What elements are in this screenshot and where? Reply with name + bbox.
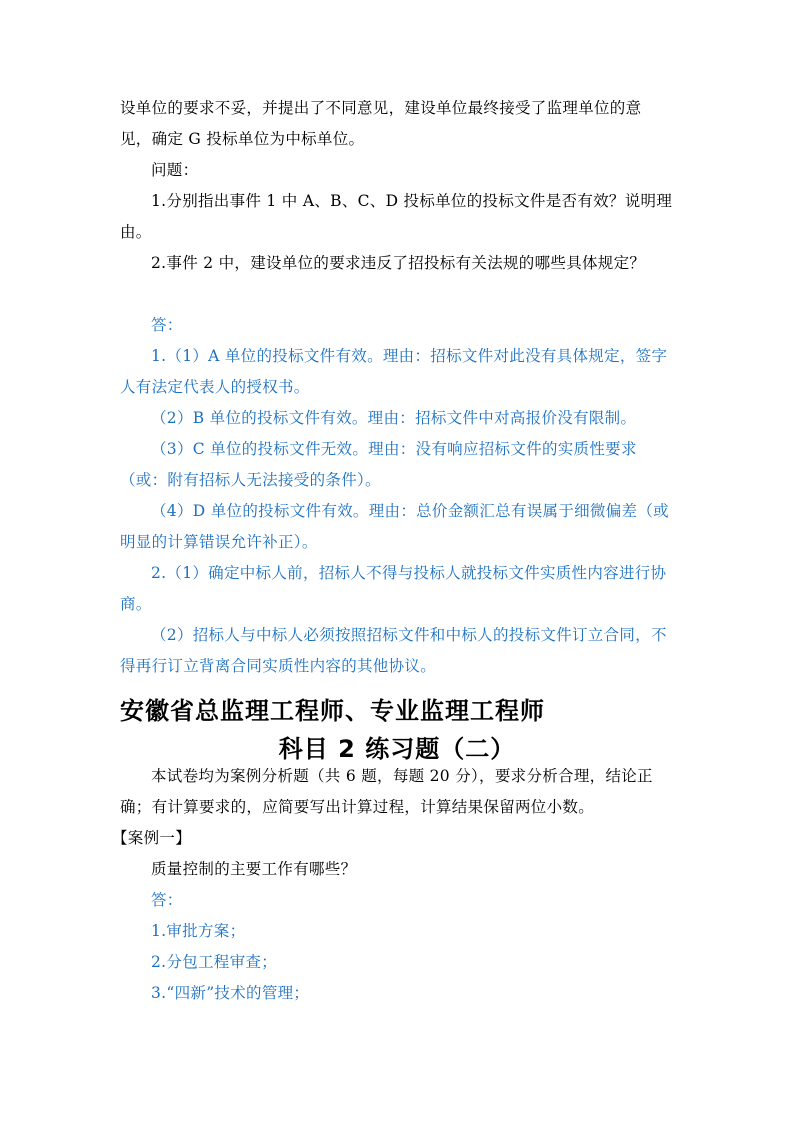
answer-1-1: 1.（1）A 单位的投标文件有效。理由：招标文件对此没有具体规定，签字: [151, 346, 667, 366]
answer-2-2-cont: 得再行订立背离合同实质性内容的其他协议。: [120, 656, 436, 676]
case-answer-item: 1.审批方案；: [151, 921, 245, 941]
case-answer-item: 2.分包工程审查；: [151, 952, 277, 972]
question-1-cont: 由。: [120, 222, 152, 242]
question-2: 2.事件 2 中，建设单位的要求违反了招投标有关法规的哪些具体规定？: [151, 253, 645, 273]
answer-1-1-cont: 人有法定代表人的授权书。: [120, 377, 310, 397]
answer-1-3: （3）C 单位的投标文件无效。理由：没有响应招标文件的实质性要求: [151, 439, 637, 459]
intro-line: 确；有计算要求的，应简要写出计算过程，计算结果保留两位小数。: [120, 797, 594, 817]
paragraph-line: 见，确定 G 投标单位为中标单位。: [120, 129, 364, 149]
answer-label: 答：: [151, 315, 183, 335]
questions-label: 问题：: [151, 160, 198, 180]
document-page: 设单位的要求不妥，并提出了不同意见，建设单位最终接受了监理单位的意 见，确定 G…: [0, 0, 794, 1123]
answer-1-4-cont: 明显的计算错误允许补正）。: [120, 532, 318, 552]
intro-line: 本试卷均为案例分析题（共 6 题，每题 20 分），要求分析合理，结论正: [151, 766, 653, 786]
case-answer-item: 3.“四新”技术的管理；: [151, 983, 309, 1003]
title-line-2: 科目 2 练习题（二）: [0, 734, 794, 764]
answer-2-1-cont: 商。: [120, 594, 152, 614]
question-1: 1.分别指出事件 1 中 A、B、C、D 投标单位的投标文件是否有效？说明理: [151, 191, 672, 211]
case-heading: 【案例一】: [112, 828, 191, 848]
case-question: 质量控制的主要工作有哪些？: [151, 859, 356, 879]
answer-1-2: （2）B 单位的投标文件有效。理由：招标文件中对高报价没有限制。: [151, 408, 636, 428]
case-answer-label: 答：: [151, 890, 183, 910]
answer-1-3-cont: （或：附有招标人无法接受的条件）。: [120, 470, 381, 490]
answer-2-2: （2）招标人与中标人必须按照招标文件和中标人的投标文件订立合同，不: [151, 625, 667, 645]
paragraph-line: 设单位的要求不妥，并提出了不同意见，建设单位最终接受了监理单位的意: [120, 98, 641, 118]
answer-2-1: 2.（1）确定中标人前，招标人不得与投标人就投标文件实质性内容进行协: [151, 563, 666, 583]
title-line-1: 安徽省总监理工程师、专业监理工程师: [120, 696, 545, 726]
answer-1-4: （4）D 单位的投标文件有效。理由：总价金额汇总有误属于细微偏差（或: [151, 501, 669, 521]
